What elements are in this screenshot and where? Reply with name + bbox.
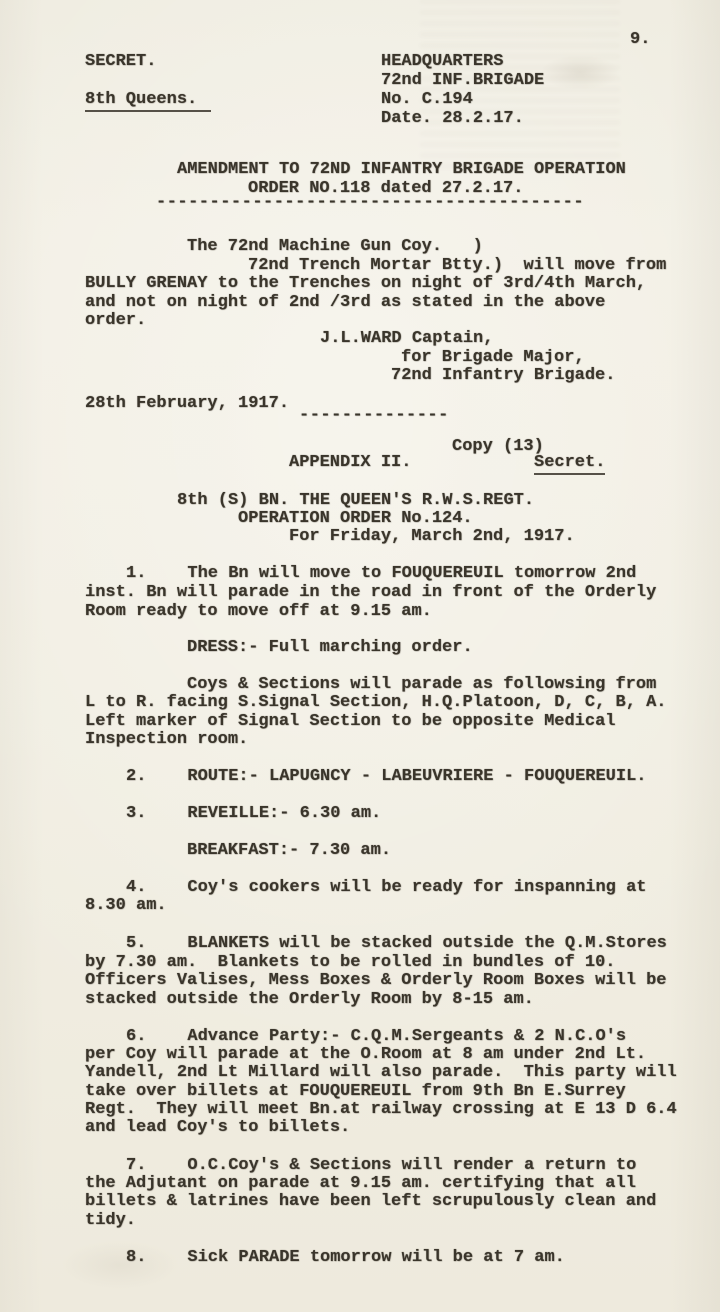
amendment-body-line: BULLY GRENAY to the Trenches on night of… (85, 274, 646, 293)
coys-line: Inspection room. (85, 730, 248, 749)
para-6-line: take over billets at FOUQUEREUIL from 9t… (85, 1082, 626, 1101)
para-number: 1. (126, 564, 146, 583)
dress-line: DRESS:- Full marching order. (187, 638, 473, 657)
order-title-line: 8th (S) BN. THE QUEEN'S R.W.S.REGT. (177, 491, 534, 510)
para-6-line: Regt. They will meet Bn.at railway cross… (85, 1100, 677, 1119)
signature-line: J.L.WARD Captain, (320, 329, 493, 348)
para-3-first-line: 3.REVEILLE:- 6.30 am. (126, 804, 381, 823)
para-number: 5. (126, 934, 146, 953)
amendment-body-line: The 72nd Machine Gun Coy. ) (187, 237, 483, 256)
amendment-body-line: order. (85, 311, 146, 330)
copy-number: Copy (13) (452, 437, 544, 456)
classification-label: SECRET. (85, 52, 156, 71)
amendment-body-line: and not on night of 2nd /3rd as stated i… (85, 293, 605, 312)
hq-line: No. C.194 (381, 90, 473, 109)
amendment-body-line: 72nd Trench Mortar Btty.) will move from (248, 256, 666, 275)
para-number: 6. (126, 1027, 146, 1046)
para-5-line: Officers Valises, Mess Boxes & Orderly R… (85, 971, 667, 990)
para-7-line: billets & latrines have been left scrupu… (85, 1192, 656, 1211)
para-1-line: Room ready to move off at 9.15 am. (85, 602, 432, 621)
unit-label: 8th Queens. (85, 90, 211, 109)
para-6-line: Yandell, 2nd Lt Millard will also parade… (85, 1063, 677, 1082)
para-number: 2. (126, 767, 146, 786)
document-page: 9. SECRET. HEADQUARTERS 72nd INF.BRIGADE… (0, 0, 720, 1312)
order-title-line: For Friday, March 2nd, 1917. (289, 527, 575, 546)
para-6-line: per Coy will parade at the O.Room at 8 a… (85, 1045, 646, 1064)
date-line: 28th February, 1917. (85, 394, 289, 413)
para-text: Sick PARADE tomorrow will be at 7 am. (187, 1248, 564, 1267)
para-7-line: the Adjutant on parade at 9.15 am. certi… (85, 1174, 636, 1193)
appendix-heading: APPENDIX II. (289, 453, 411, 472)
hq-line: 72nd INF.BRIGADE (381, 71, 544, 90)
para-5-first-line: 5.BLANKETS will be stacked outside the Q… (126, 934, 667, 953)
para-8-first-line: 8.Sick PARADE tomorrow will be at 7 am. (126, 1248, 565, 1267)
breakfast-line: BREAKFAST:- 7.30 am. (187, 841, 391, 860)
appendix-classification-text: Secret. (534, 453, 605, 475)
para-5-line: stacked outside the Orderly Room by 8-15… (85, 990, 534, 1009)
signature-line: for Brigade Major, (401, 348, 585, 367)
para-7-first-line: 7.O.C.Coy's & Sections will render a ret… (126, 1156, 636, 1175)
unit-label-text: 8th Queens. (85, 90, 211, 112)
coys-line: Coys & Sections will parade as followsin… (187, 675, 656, 694)
para-1-line: inst. Bn will parade in the road in fron… (85, 583, 656, 602)
paper-stain (540, 55, 620, 90)
para-1-first-line: 1.The Bn will move to FOUQUEREUIL tomorr… (126, 564, 636, 583)
para-text: The Bn will move to FOUQUEREUIL tomorrow… (187, 564, 636, 583)
coys-line: Left marker of Signal Section to be oppo… (85, 712, 616, 731)
para-number: 3. (126, 804, 146, 823)
para-text: O.C.Coy's & Sections will render a retur… (187, 1156, 636, 1175)
page-number: 9. (630, 30, 650, 49)
para-4-first-line: 4.Coy's cookers will be ready for inspan… (126, 878, 646, 897)
para-number: 8. (126, 1248, 146, 1267)
para-5-line: by 7.30 am. Blankets to be rolled in bun… (85, 953, 616, 972)
para-6-line: and lead Coy's to billets. (85, 1118, 350, 1137)
hq-line: Date. 28.2.17. (381, 109, 524, 128)
para-number: 4. (126, 878, 146, 897)
para-text: REVEILLE:- 6.30 am. (187, 804, 381, 823)
coys-line: L to R. facing S.Signal Section, H.Q.Pla… (85, 693, 667, 712)
para-text: Advance Party:- C.Q.M.Sergeants & 2 N.C.… (187, 1027, 626, 1046)
para-6-first-line: 6.Advance Party:- C.Q.M.Sergeants & 2 N.… (126, 1027, 626, 1046)
appendix-classification: Secret. (534, 453, 605, 472)
para-text: ROUTE:- LAPUGNCY - LABEUVRIERE - FOUQUER… (187, 767, 646, 786)
signature-line: 72nd Infantry Brigade. (391, 366, 615, 385)
order-title-line: OPERATION ORDER No.124. (238, 509, 473, 528)
para-7-line: tidy. (85, 1211, 136, 1230)
amendment-heading-line: AMENDMENT TO 72ND INFANTRY BRIGADE OPERA… (177, 160, 626, 179)
para-4-line: 8.30 am. (85, 896, 167, 915)
dashed-rule: ---------------------------------------- (156, 193, 584, 212)
para-number: 7. (126, 1156, 146, 1175)
para-2-first-line: 2.ROUTE:- LAPUGNCY - LABEUVRIERE - FOUQU… (126, 767, 646, 786)
dashed-rule: -------------- (299, 406, 449, 425)
para-text: BLANKETS will be stacked outside the Q.M… (187, 934, 666, 953)
hq-line: HEADQUARTERS (381, 52, 503, 71)
para-text: Coy's cookers will be ready for inspanni… (187, 878, 646, 897)
